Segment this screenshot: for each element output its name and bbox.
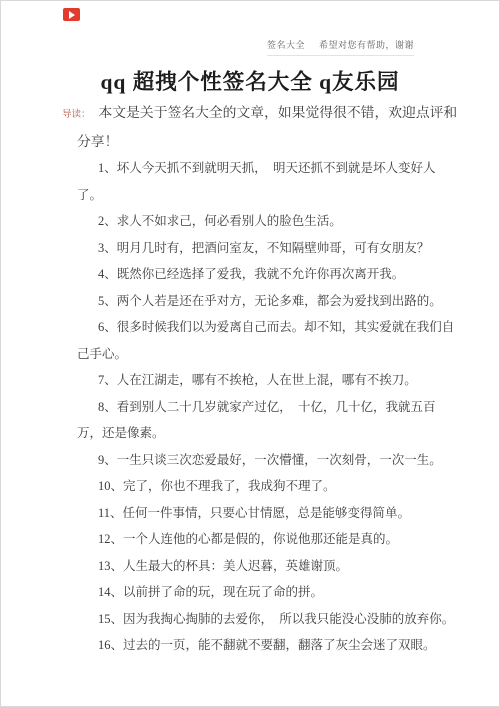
signature-list: 1、坏人今天抓不到就明天抓， 明天还抓不到就是坏人变好人了。2、求人不如求己，何… — [77, 155, 459, 659]
signature-item: 11、任何一件事情，只要心甘情愿，总是能够变得简单。 — [77, 500, 459, 527]
signature-item: 9、一生只谈三次恋爱最好，一次懵懂，一次刻骨，一次一生。 — [77, 447, 459, 474]
document-page: 签名大全希望对您有帮助，谢谢 qq 超拽个性签名大全 q友乐园 导读：本文是关于… — [0, 0, 500, 707]
signature-item: 16、过去的一页，能不翻就不要翻，翻落了灰尘会迷了双眼。 — [77, 632, 459, 659]
signature-item: 5、两个人若是还在乎对方，无论多难，都会为爱找到出路的。 — [77, 288, 459, 315]
signature-item: 1、坏人今天抓不到就明天抓， 明天还抓不到就是坏人变好人了。 — [77, 155, 459, 208]
signature-item: 4、既然你已经选择了爱我，我就不允许你再次离开我。 — [77, 261, 459, 288]
page-title: qq 超拽个性签名大全 q友乐园 — [1, 67, 499, 97]
signature-item: 3、明月几时有，把酒问室友，不知隔壁帅哥，可有女朋友？ — [77, 235, 459, 262]
intro-label: 导读： — [62, 110, 91, 120]
flag-icon — [69, 11, 75, 19]
signature-item: 14、以前拼了命的玩，现在玩了命的拼。 — [77, 579, 459, 606]
site-logo-icon — [63, 8, 80, 21]
intro-paragraph: 导读：本文是关于签名大全的文章，如果觉得很不错，欢迎点评和分享！ — [77, 100, 459, 155]
signature-item: 8、看到别人二十几岁就家产过亿， 十亿，几十亿，我就五百万，还是像素。 — [77, 394, 459, 447]
signature-item: 2、求人不如求己，何必看别人的脸色生活。 — [77, 208, 459, 235]
page-header: 签名大全希望对您有帮助，谢谢 — [267, 38, 414, 56]
signature-item: 12、一个人连他的心都是假的，你说他那还能是真的。 — [77, 526, 459, 553]
header-slogan: 希望对您有帮助，谢谢 — [319, 40, 414, 50]
header-site-name: 签名大全 — [267, 40, 305, 50]
signature-item: 15、因为我掏心掏肺的去爱你， 所以我只能没心没肺的放弃你。 — [77, 606, 459, 633]
signature-item: 6、很多时候我们以为爱离自己而去。却不知，其实爱就在我们自己手心。 — [77, 314, 459, 367]
signature-item: 7、人在江湖走，哪有不挨枪，人在世上混，哪有不挨刀。 — [77, 367, 459, 394]
signature-item: 13、人生最大的杯具：美人迟暮，英雄谢顶。 — [77, 553, 459, 580]
signature-item: 10、完了，你也不理我了，我成狗不理了。 — [77, 473, 459, 500]
intro-text: 本文是关于签名大全的文章，如果觉得很不错，欢迎点评和分享！ — [77, 105, 457, 149]
document-body: 导读：本文是关于签名大全的文章，如果觉得很不错，欢迎点评和分享！ 1、坏人今天抓… — [1, 100, 499, 659]
